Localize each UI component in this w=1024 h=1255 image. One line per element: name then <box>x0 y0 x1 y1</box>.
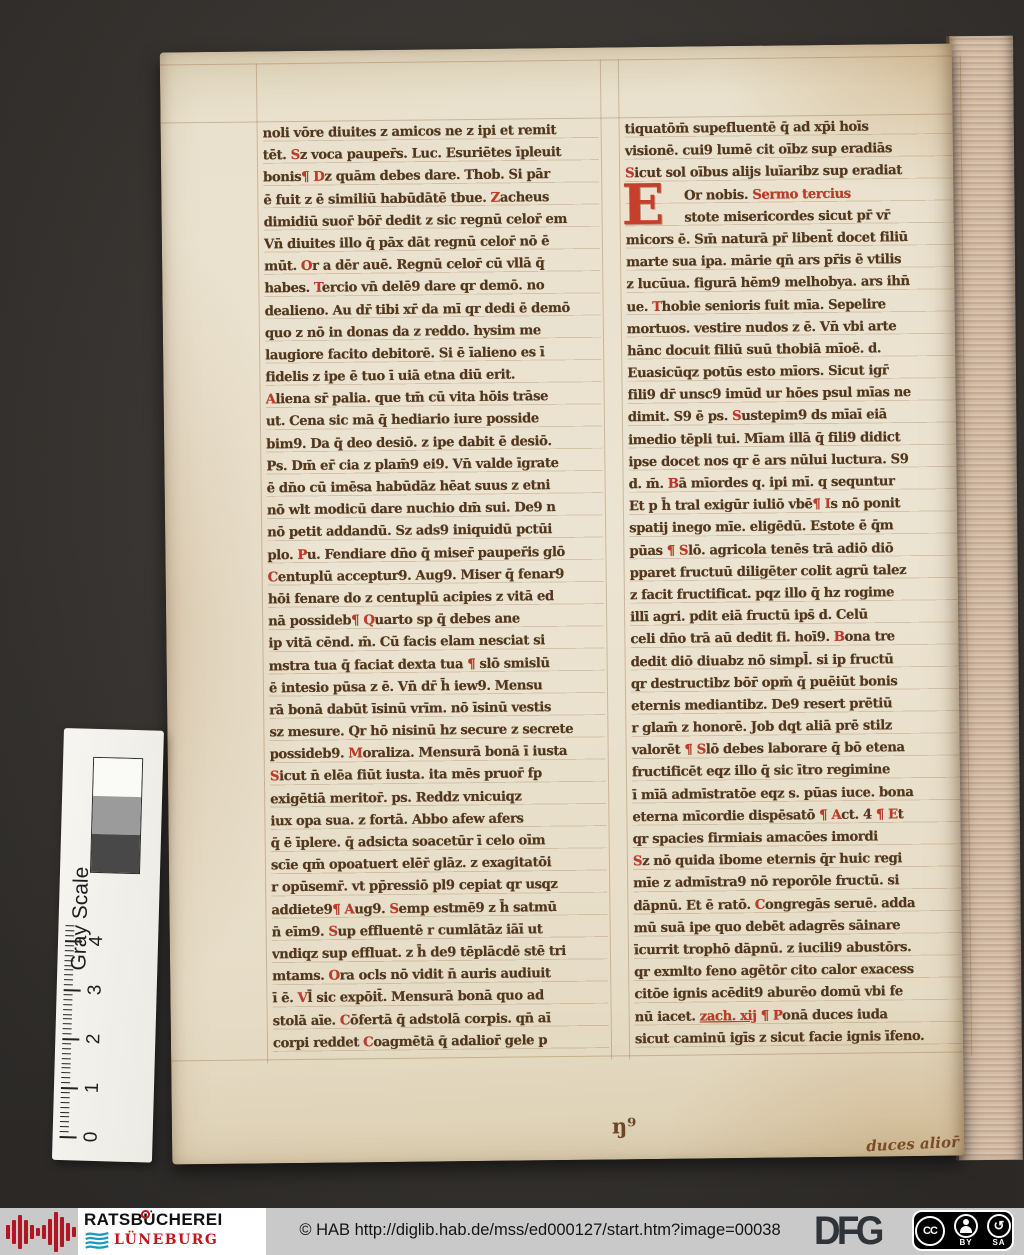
decorated-initial: E <box>621 177 680 238</box>
ruler-tick <box>62 1063 71 1064</box>
barcode-bar <box>42 1225 46 1239</box>
open-book-icon <box>84 1230 110 1250</box>
manuscript-page: noli vōre diuites z amicos ne z ipi et r… <box>160 44 965 1165</box>
barcode-bar <box>12 1220 16 1244</box>
manuscript-text-line: possideb9. Moraliza. Mensurā bonā ī iust… <box>270 741 606 767</box>
manuscript-text-line: ē dn̄o cū imēsa habūdāz hēat suus z etni <box>267 475 603 501</box>
ruler-tick <box>61 1092 70 1093</box>
manuscript-text-line: stolā aīe. Cōfertā q̄ adstolā corpis. qn… <box>273 1007 609 1033</box>
manuscript-text-line: Or nobis. Sermo tercius <box>625 182 961 208</box>
cc-by-icon <box>954 1214 978 1238</box>
barcode-bar <box>36 1228 40 1236</box>
manuscript-text-line: noli vōre diuites z amicos ne z ipi et r… <box>263 120 599 146</box>
ruler-tick <box>62 1053 71 1054</box>
ruler-tick <box>63 1004 72 1005</box>
manuscript-text-line: īcurrit trophō dāpnū. z iucili9 abustōrs… <box>634 936 970 962</box>
ruler-tick <box>65 925 74 926</box>
ruling-line <box>171 1051 963 1061</box>
manuscript-text-line: citōe ignis acēdit9 aburēo domū vbi fe <box>634 981 970 1007</box>
library-logo-panel: RATSBÜCHEREI LÜNEBURG <box>78 1208 266 1255</box>
manuscript-text-line: dimidiū suor̄ bōr̄ dedit z sic regnū cel… <box>264 208 600 234</box>
ruling-line <box>256 63 268 1063</box>
ruler-tick <box>64 994 73 995</box>
gray-scale-ruler: Gray Scale 01234 <box>52 728 164 1163</box>
manuscript-text-line: imedio tēpli tui. Mīam illā q̄ fili9 did… <box>628 426 964 452</box>
manuscript-text-line: tiquatōm̄ supefluentē q̄ ad xp̄i hoīs <box>625 115 961 141</box>
manuscript-text-line: q̄ ē īplere. q̄ adsicta soacetūr ī celo … <box>271 830 607 856</box>
manuscript-text-line: mīe z admīstra9 nō reporōle fructū. si <box>633 870 969 896</box>
manuscript-text-line: Aliena sr̄ palia. que tm̄ cū vita hōis t… <box>266 386 602 412</box>
ruler-tick <box>65 950 74 951</box>
manuscript-text-line: mortuos. vestire nudos z ē. Vn̄ vbi arte <box>627 315 963 341</box>
barcode-bar <box>54 1212 58 1252</box>
footer-bar: RATSBÜCHEREI LÜNEBURG © HAB http://digli… <box>0 1208 1024 1255</box>
ruler-tick <box>60 1107 69 1108</box>
manuscript-text-line: Euasicūqz potūs esto mīors. Sicut igr̄ <box>627 359 963 385</box>
manuscript-text-line: r opūsemr̄. vt pp̄ressiō pl9 cepiat qr u… <box>271 874 607 900</box>
parchment-stitch-repair <box>167 397 234 416</box>
ruler-tick <box>65 930 74 931</box>
manuscript-text-line: fidelis z ipe ē tuo ī uiā etna diū erit. <box>265 364 601 390</box>
manuscript-text-line: laugiore facito debitorē. Si ē īalieno e… <box>265 341 601 367</box>
manuscript-text-line: Et p h̄ tral exigūr iuliō vbē¶ Is nō pon… <box>629 493 965 519</box>
ruler-number: 2 <box>85 1030 103 1048</box>
manuscript-text-line: z lucūua. figurā hēm9 melhobya. ars ihn̄ <box>626 271 962 297</box>
manuscript-text-line: hānc docuit filiū suū thobiā mīoē. d. <box>627 337 963 363</box>
barcode-bar <box>30 1225 34 1239</box>
library-city: LÜNEBURG <box>114 1232 218 1248</box>
manuscript-text-line: d. m̄. Bā mīordes q. ipi mī. q sequntur <box>629 470 965 496</box>
manuscript-text-line: ip vitā cēnd. m̄. Cū facis elam nesciat … <box>268 630 604 656</box>
manuscript-text-line: pūas ¶ Slō. agricola tenēs trā adiō diō <box>629 537 965 563</box>
manuscript-scan-screenshot: noli vōre diuites z amicos ne z ipi et r… <box>0 0 1024 1255</box>
barcode-bar <box>60 1217 64 1247</box>
umlaut-ring-accent <box>141 1210 150 1219</box>
manuscript-text-line: visionē. cui9 lumē cit oībz sup eradiās <box>625 138 961 164</box>
manuscript-text-line: celi dn̄o trā aū dedit fi. hoī9. Bona tr… <box>630 626 966 652</box>
person-icon <box>956 1216 976 1236</box>
quire-mark: ŋ⁹ <box>612 1113 637 1138</box>
ruler-tick <box>65 940 82 942</box>
manuscript-text-line: dealieno. Au dr̄ tibi xr̄ da mī qr dedi … <box>265 297 601 323</box>
ruler-tick <box>63 999 72 1000</box>
dfg-logo: DFG <box>814 1209 881 1254</box>
manuscript-text-line: eterna mīcordie dispēsatō ¶ Act. 4 ¶ Et <box>632 803 968 829</box>
manuscript-text-line: Sicut n̄ elēa fiūt iusta. ita mēs pruor̄… <box>270 763 606 789</box>
ruler-tick <box>63 1028 72 1029</box>
manuscript-text-line: bim9. Da q̄ deo desiō. z ipe dabit ē des… <box>266 430 602 456</box>
manuscript-text-line: hōi fenare do z centuplū acipies z vitā … <box>268 585 604 611</box>
ruler-tick <box>63 1023 72 1024</box>
ruler-number: 4 <box>88 932 106 950</box>
manuscript-text-line: mūt. Or a dēr auē. Regnū celor̄ cū vllā … <box>264 253 600 279</box>
manuscript-text-line: mū suā ipe quo debēt adagrēs sāinare <box>634 914 970 940</box>
manuscript-text-line: micors ē. Sm̄ naturā pr̄ libent̄ docet f… <box>626 226 962 252</box>
ruler-tick <box>61 1077 70 1078</box>
ruler-tick <box>60 1121 69 1122</box>
manuscript-text-line: dedit diō diuabz nō simpl̄. si ip fructū <box>631 648 967 674</box>
ruler-tick <box>61 1072 70 1073</box>
manuscript-text-line: mtams. Ora ocls nō vidit n̄ auris audiui… <box>272 963 608 989</box>
manuscript-text-line: Sz nō quida ibome eternis q̄r huic regi <box>633 848 969 874</box>
ruler-tick <box>60 1136 77 1138</box>
ruling-line <box>618 59 630 1059</box>
manuscript-text-line: Centuplū acceptur9. Aug9. Miser q̄ fenar… <box>268 563 604 589</box>
library-name: RATSBÜCHEREI <box>84 1210 262 1229</box>
ruler-tick <box>61 1087 78 1089</box>
ruler-tick <box>60 1112 69 1113</box>
photo-background: noli vōre diuites z amicos ne z ipi et r… <box>0 0 1024 1208</box>
barcode-bar <box>66 1223 70 1241</box>
ruler-number: 3 <box>86 981 104 999</box>
manuscript-text-line: Sicut sol oībus alijs luīaribz sup eradi… <box>625 160 961 186</box>
manuscript-text-line: r glam̄ z honorē. Job dqt aliā prē stilz <box>631 714 967 740</box>
manuscript-text-line: stote misericordes sicut pr̄ vr̄ <box>626 204 962 230</box>
ruler-tick <box>65 935 74 936</box>
ruler-tick <box>60 1126 69 1127</box>
ruler-tick <box>62 1048 71 1049</box>
manuscript-text-line: mstra tua q̄ faciat dexta tua ¶ slō smis… <box>269 652 605 678</box>
ruler-tick <box>63 1014 72 1015</box>
manuscript-text-line: sz mesure. Qr hō nisinū hz secure z secr… <box>269 719 605 745</box>
ruler-number: 0 <box>82 1128 100 1146</box>
copyright-url-text: © HAB http://diglib.hab.de/mss/ed000127/… <box>280 1221 800 1240</box>
library-barcode-logo <box>6 1208 76 1255</box>
barcode-bar <box>72 1227 76 1237</box>
ruler-tick <box>64 989 81 991</box>
ruler-tick <box>61 1082 70 1083</box>
ruler-tick <box>60 1131 69 1132</box>
manuscript-text-line: z facit fructificat. pqz illo q̄ hz rogi… <box>630 581 966 607</box>
barcode-bar <box>18 1215 22 1249</box>
library-name-text: RATSBÜCHEREI <box>84 1210 223 1229</box>
manuscript-text-line: ut. Cena sic mā q̄ hediario iure posside <box>266 408 602 434</box>
ruler-tick <box>60 1116 69 1117</box>
ruler-tick <box>64 984 73 985</box>
manuscript-text-line: exigētiā meritor̄. ps. Reddz vnicuiqz <box>270 785 606 811</box>
manuscript-text-line: n̄ eīm9. Sup effluentē r cumlātāz iāī ut <box>272 918 608 944</box>
cc-by-label: BY <box>959 1239 972 1247</box>
manuscript-text-line: nā possideb¶ Quarto sp q̄ debes ane <box>268 608 604 634</box>
barcode-bar <box>6 1225 10 1239</box>
manuscript-text-line: rā bonā dabūt īsinū vrīm. nō īsinū vesti… <box>269 696 605 722</box>
manuscript-text-line: qr spacies firmiais amacōes imordi <box>633 825 969 851</box>
manuscript-text-line: ipse docet nos qr ē ars nūlui luctura. S… <box>628 448 964 474</box>
manuscript-text-line: valorēt ¶ Slō debes laborare q̄ bō etena <box>632 737 968 763</box>
manuscript-text-line: ue. Thobie senioris fuit mīa. Sepelire <box>627 293 963 319</box>
ruler-ticks: 01234 <box>52 728 164 1163</box>
ruler-tick <box>64 974 73 975</box>
manuscript-text-line: habes. Tercio vn̄ delē9 dare qr demō. no <box>264 275 600 301</box>
manuscript-text-line: nō wlt modicū dare nuchio dm̄ sui. De9 n <box>267 497 603 523</box>
ruler-tick <box>65 960 74 961</box>
manuscript-text-line: marte sua ipa. mārie qn̄ ars pr̄is ē vti… <box>626 249 962 275</box>
ruler-tick <box>62 1038 79 1040</box>
ruler-number: 1 <box>84 1079 102 1097</box>
ruler-tick <box>64 979 73 980</box>
manuscript-text-line: sicut caminū igīs z sicut facie ignis īf… <box>635 1025 971 1051</box>
manuscript-text-line: pparet fructuū diligēter colit agrū tale… <box>630 559 966 585</box>
ruler-tick <box>62 1033 71 1034</box>
ruling-line <box>161 114 953 124</box>
ruler-tick <box>65 955 74 956</box>
ruler-tick <box>61 1097 70 1098</box>
manuscript-text-line: ē fuit z ē similiū habūdātē tbue. Zacheu… <box>263 186 599 212</box>
manuscript-text-line: illī agri. pdit eiā fructū ips̄ d. Celū <box>630 604 966 630</box>
manuscript-text-line: eternis mediantibz. De9 resert prētiū <box>631 692 967 718</box>
ruling-line <box>160 56 952 66</box>
manuscript-text-line: Ps. Dm̄ er̄ cia z plam̄9 ei9. Vn̄ valde … <box>266 452 602 478</box>
ruler-tick <box>63 1009 72 1010</box>
creative-commons-badge: CC BY ↺ SA <box>912 1210 1014 1251</box>
manuscript-text-line: corpi reddet Coagmētā q̄ adalior̄ gele p <box>273 1029 609 1055</box>
manuscript-text-line: tēt. Sz voca pauper̄s. Luc. Esuriētes īp… <box>263 142 599 168</box>
manuscript-text-line: qr destructibz bōr̄ opm̄ q̄ puēiūt bonis <box>631 670 967 696</box>
manuscript-text-line: dimit. S9 ē ps. Sustepim9 ds mīaī eiā <box>628 404 964 430</box>
ruler-tick <box>62 1058 71 1059</box>
manuscript-text-line: fili9 dr̄ unsc9 imūd ur hōes psul mīas n… <box>628 382 964 408</box>
ruler-tick <box>63 1018 72 1019</box>
ruler-tick <box>61 1102 70 1103</box>
manuscript-text-line: ē intesio pūsa z ē. Vn̄ dr̄ h̄ iew9. Men… <box>269 674 605 700</box>
barcode-bar <box>24 1220 28 1244</box>
text-column-left: noli vōre diuites z amicos ne z ipi et r… <box>263 120 610 1062</box>
manuscript-text-line: ī mīā admīstratōe eqz s. pūas iuce. bona <box>632 781 968 807</box>
manuscript-text-line: spatij inego mīe. eligēdū. Estote ē q̄m <box>629 515 965 541</box>
manuscript-text-line: nū iacet. zach. xij ¶ Ponā duces iuda <box>635 1003 971 1029</box>
barcode-bar <box>48 1219 52 1245</box>
manuscript-text-line: plo. Pu. Fendiare dn̄o q̄ miser̄ pauper̄… <box>267 541 603 567</box>
manuscript-text-line: vndiqz sup effluat. z h̄ de9 tēplācdē st… <box>272 940 608 966</box>
manuscript-text-line: Vn̄ diuites illo q̄ pāx dāt regnū celor̄… <box>264 230 600 256</box>
cc-sa-icon: ↺ <box>987 1214 1011 1238</box>
manuscript-text-line: iux opa sua. z fortā. Abbo afew afers <box>270 807 606 833</box>
manuscript-text-line: bonis¶ Dz quām debes dare. Thob. Si pār <box>263 164 599 190</box>
manuscript-text-line: ī ē. Vl̄ sic expōit̄. Mensurā bonā quo a… <box>272 985 608 1011</box>
manuscript-text-line: scīe qm̄ opoatuert elēr̄ glāz. z exagita… <box>271 852 607 878</box>
ruler-tick <box>65 945 74 946</box>
manuscript-text-line: dāpnū. Et ē ratō. Congregās seruē. adda <box>633 892 969 918</box>
text-column-right: tiquatōm̄ supefluentē q̄ ad xp̄i hoīsvis… <box>625 115 972 1057</box>
cc-sa-label: SA <box>992 1239 1005 1247</box>
ruler-tick <box>62 1043 71 1044</box>
manuscript-text-line: fructificēt eqz illo q̄ sic ītro regimin… <box>632 759 968 785</box>
ruling-line <box>600 60 612 1060</box>
manuscript-text-line: nō petit addandū. Sz ads9 iniquidū pctūi <box>267 519 603 545</box>
ruler-tick <box>64 965 73 966</box>
manuscript-text-line: qr exmlto feno agētōr cito calor exacess <box>634 959 970 985</box>
cc-icon: CC <box>915 1216 945 1246</box>
manuscript-text-line: addiete9¶ Aug9. Semp estmē9 z h̄ satmū <box>271 896 607 922</box>
manuscript-text-line: quo z nō in donas da z reddo. hysim me <box>265 319 601 345</box>
ruler-tick <box>64 969 73 970</box>
ruler-tick <box>61 1067 70 1068</box>
